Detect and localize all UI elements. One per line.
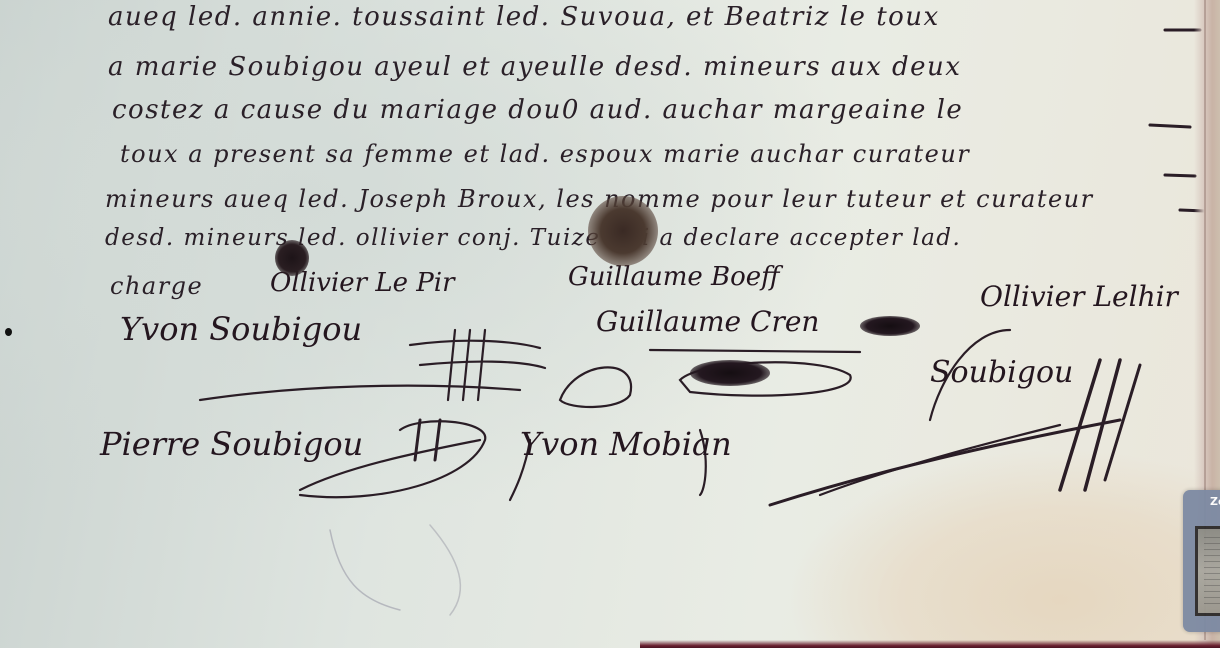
signature: Yvon Mobian: [520, 425, 732, 463]
zoom-panel-title: Zo: [1210, 495, 1220, 508]
signature: Ollivier Lelhir: [980, 280, 1178, 313]
signature: Guillaume Boeff: [568, 262, 780, 292]
signature: Soubigou: [930, 355, 1073, 390]
ink-stain: [860, 316, 920, 336]
manuscript-line: costez a cause du mariage dou0 aud. auch…: [112, 95, 963, 125]
zoom-navigator-panel[interactable]: Zo: [1183, 490, 1220, 632]
signature: Pierre Soubigou: [100, 425, 363, 463]
signature: Guillaume Cren: [596, 305, 819, 338]
ink-stain: [588, 196, 658, 266]
manuscript-line: a marie Soubigou ayeul et ayeulle desd. …: [108, 52, 961, 82]
signature: Yvon Soubigou: [120, 310, 362, 348]
manuscript-line: charge: [110, 272, 203, 300]
manuscript-line: toux a present sa femme et lad. espoux m…: [120, 140, 970, 168]
manuscript-line: aueq led. annie. toussaint led. Suvoua, …: [108, 2, 940, 32]
ink-stain: [690, 360, 770, 386]
page-bottom-edge: [640, 640, 1220, 648]
document-image-viewer[interactable]: aueq led. annie. toussaint led. Suvoua, …: [0, 0, 1220, 648]
zoom-thumbnail[interactable]: [1195, 526, 1220, 616]
ink-stain: [275, 240, 309, 276]
ink-dot: [5, 328, 12, 336]
manuscript-line: desd. mineurs led. ollivier conj. Tuize …: [105, 225, 961, 251]
